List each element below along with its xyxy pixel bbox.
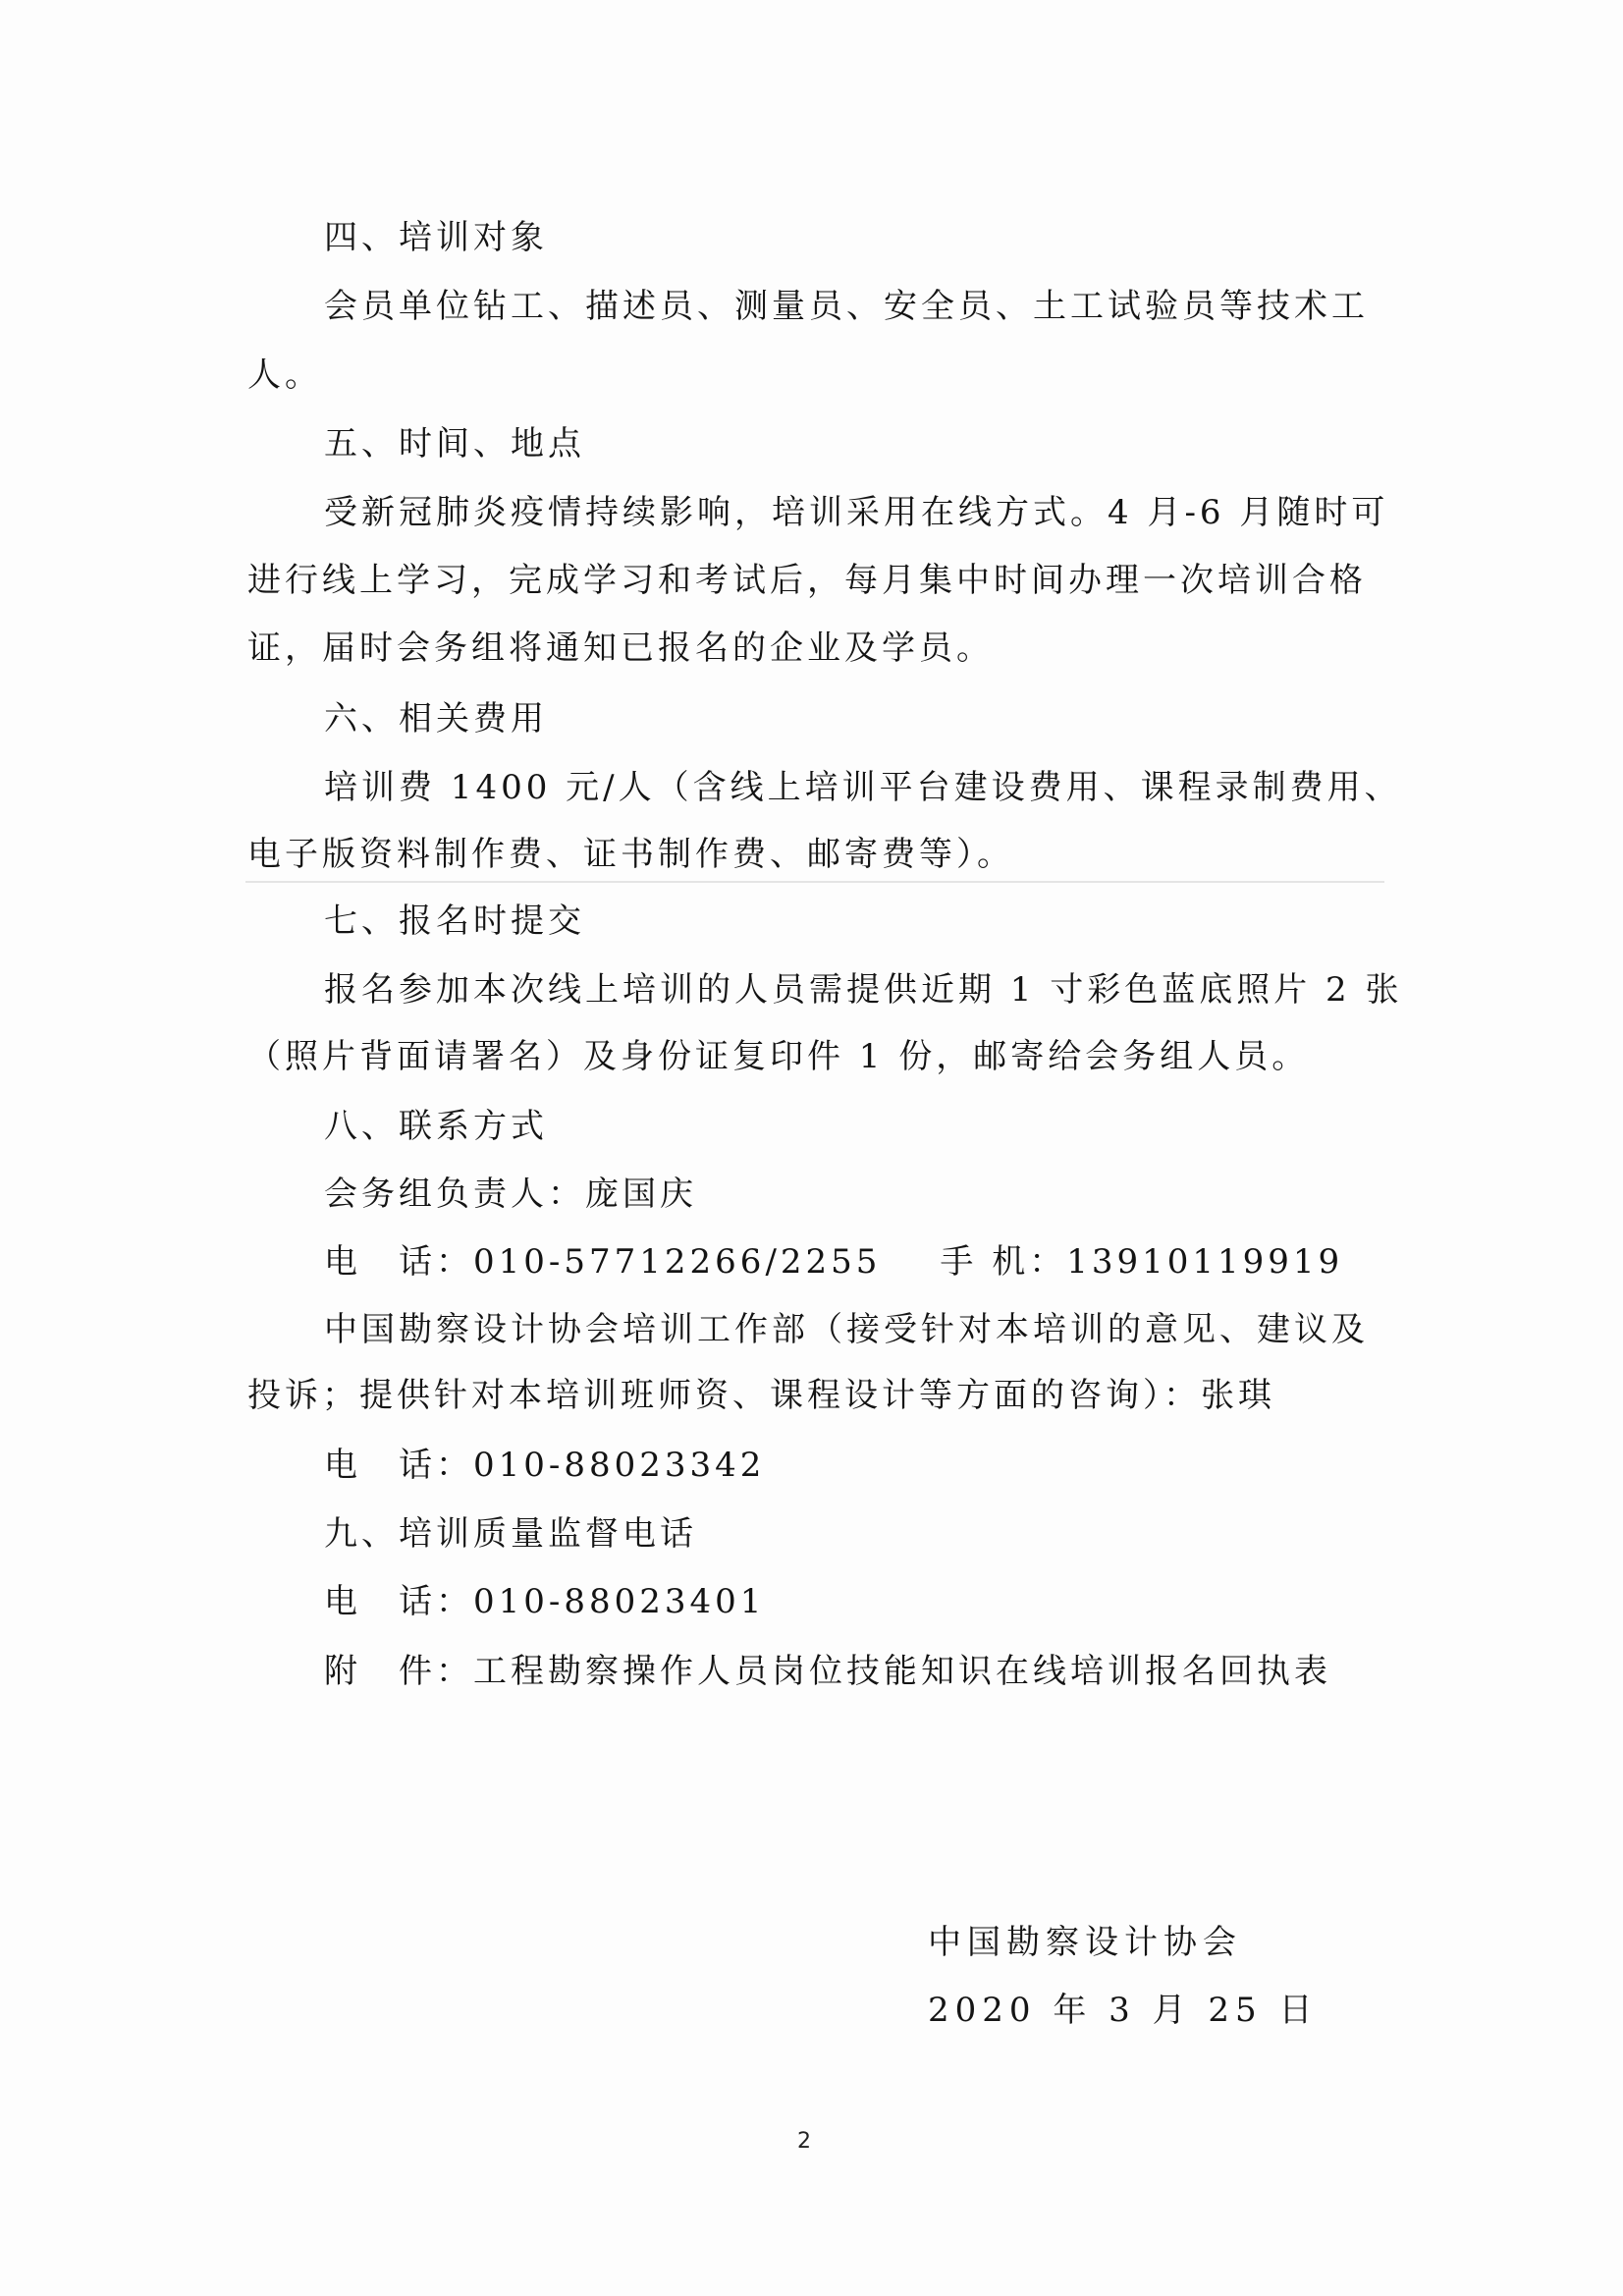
paragraph-line: 受新冠肺炎疫情持续影响，培训采用在线方式。4 月-6 月随时可 [324,493,1388,532]
scan-artifact-line [245,881,1384,883]
phone-label: 电 话： [324,1242,473,1282]
section-heading-7: 七、报名时提交 [324,902,585,941]
phone-number: 010-57712266/2255 [473,1242,881,1282]
paragraph-line: 报名参加本次线上培训的人员需提供近期 1 寸彩色蓝底照片 2 张 [324,970,1403,1010]
contact-phone-row: 电 话：010-88023342 [324,1446,765,1485]
paragraph-line: 培训费 1400 元/人（含线上培训平台建设费用、课程录制费用、 [324,768,1402,807]
phone-label: 电 话： [324,1446,473,1485]
section-heading-4: 四、培训对象 [324,218,548,257]
page-number: 2 [797,2129,811,2154]
paragraph-line: 人。 [247,355,322,395]
signature-date: 2020 年 3 月 25 日 [928,1991,1318,2030]
paragraph-line: 进行线上学习，完成学习和考试后，每月集中时间办理一次培训合格 [247,561,1367,600]
paragraph-line: （照片背面请署名）及身份证复印件 1 份，邮寄给会务组人员。 [247,1037,1309,1076]
section-heading-8: 八、联系方式 [324,1107,548,1146]
supervision-phone-row: 电 话：010-88023401 [324,1582,765,1621]
attachment-title: 工程勘察操作人员岗位技能知识在线培训报名回执表 [473,1652,1331,1691]
paragraph-line: 会员单位钻工、描述员、测量员、安全员、土工试验员等技术工 [324,287,1369,326]
paragraph-line: 中国勘察设计协会培训工作部（接受针对本培训的意见、建议及 [324,1310,1369,1349]
section-heading-5: 五、时间、地点 [324,424,585,464]
signature-organization: 中国勘察设计协会 [928,1923,1242,1962]
mobile-label: 手 机： [940,1242,1066,1282]
section-heading-6: 六、相关费用 [324,699,548,738]
document-page: 四、培训对象 会员单位钻工、描述员、测量员、安全员、土工试验员等技术工 人。 五… [0,0,1623,2296]
phone-number: 010-88023342 [473,1446,765,1485]
mobile-number: 13910119919 [1066,1242,1343,1282]
paragraph-line: 电子版资料制作费、证书制作费、邮寄费等）。 [247,835,1014,874]
contact-person: 会务组负责人：庞国庆 [324,1175,697,1214]
phone-label: 电 话： [324,1582,473,1621]
phone-number: 010-88023401 [473,1582,765,1621]
contact-phone-row: 电 话：010-57712266/2255手 机：13910119919 [324,1242,1343,1282]
attachment-row: 附 件：工程勘察操作人员岗位技能知识在线培训报名回执表 [324,1652,1331,1691]
paragraph-line: 投诉；提供针对本培训班师资、课程设计等方面的咨询）：张琪 [247,1376,1275,1415]
section-heading-9: 九、培训质量监督电话 [324,1514,697,1554]
paragraph-line: 证，届时会务组将通知已报名的企业及学员。 [247,629,994,668]
attachment-label: 附 件： [324,1652,473,1691]
